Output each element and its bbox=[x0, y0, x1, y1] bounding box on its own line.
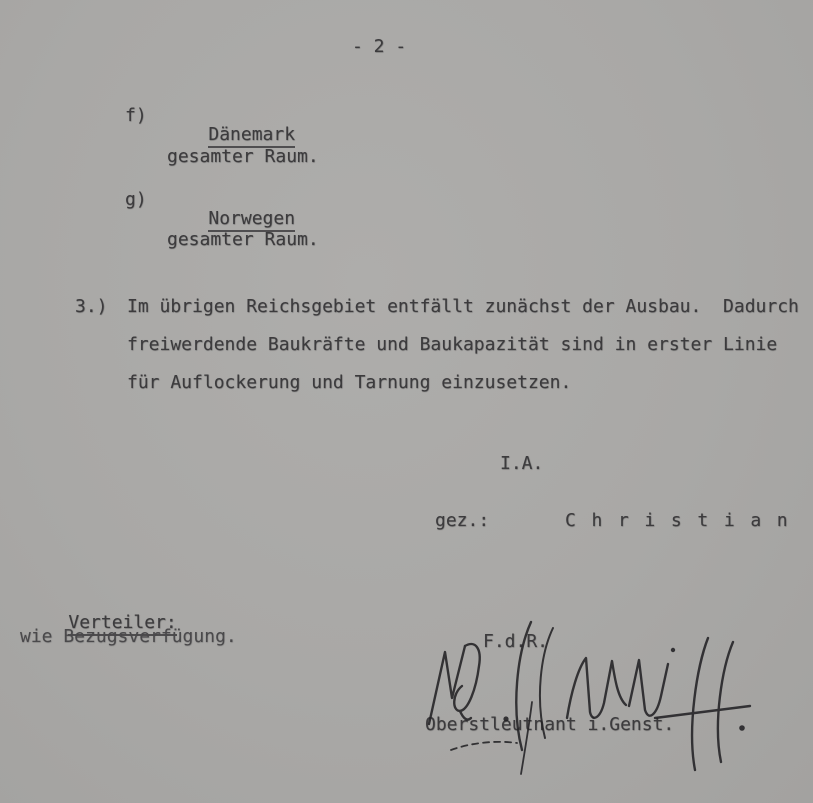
list-item-detail: gesamter Raum. bbox=[167, 148, 319, 167]
rank-line: Oberstleutnant i.Genst. bbox=[425, 716, 674, 735]
distribution-note: wie Bezugsverfügung. bbox=[20, 628, 237, 647]
signed-name: C h r i s t i a n bbox=[565, 512, 790, 531]
scanned-document-page: - 2 - f) Dänemark gesamter Raum. g) Norw… bbox=[0, 0, 813, 803]
handwritten-signature-icon bbox=[405, 598, 765, 798]
section-line: Im übrigen Reichsgebiet entfällt zunächs… bbox=[127, 298, 799, 317]
gez-label: gez.: bbox=[435, 512, 489, 531]
list-item-label: g) bbox=[125, 191, 147, 210]
page-number: - 2 - bbox=[352, 38, 406, 57]
section-line: für Auflockerung und Tarnung einzusetzen… bbox=[127, 374, 571, 393]
section-line: freiwerdende Baukräfte und Baukapazität … bbox=[127, 336, 777, 355]
fdr-abbrev: F.d.R. bbox=[483, 633, 548, 652]
section-label: 3.) bbox=[75, 298, 108, 317]
underlined-country-name: Dänemark bbox=[208, 124, 295, 148]
in-auftrag-abbrev: I.A. bbox=[500, 455, 543, 474]
list-item-detail: gesamter Raum. bbox=[167, 231, 319, 250]
list-item-label: f) bbox=[125, 107, 147, 126]
